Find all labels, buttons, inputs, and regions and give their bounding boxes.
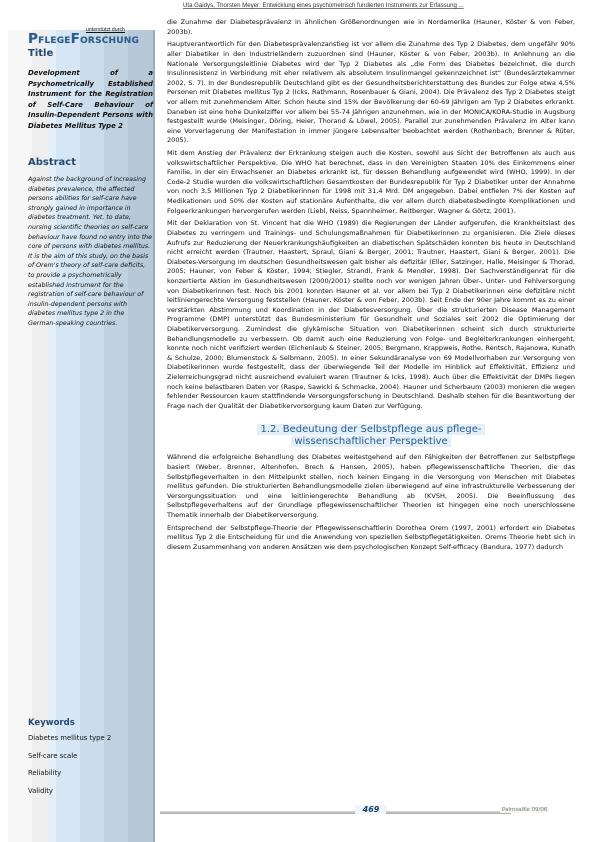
sidebar-background — [0, 30, 157, 842]
keywords-list: Diabetes mellitus type 2 Self-care scale… — [28, 734, 111, 804]
section-heading-line: 1.2. Bedeutung der Selbstpflege aus pfle… — [257, 424, 484, 435]
keyword: Diabetes mellitus type 2 — [28, 734, 111, 752]
footer-rule — [160, 811, 355, 814]
body-paragraph: Während die erfolgreiche Behandlung des … — [167, 453, 575, 520]
keyword: Self-care scale — [28, 752, 111, 770]
body-paragraph: Mit der Deklaration von St. Vincent hat … — [167, 219, 575, 411]
body-paragraph: Hauptverantwortlich für den Diabetespräv… — [167, 40, 575, 146]
brand-logo: PflegeForschung — [28, 31, 139, 47]
keyword: Reliability — [28, 769, 111, 787]
body-paragraph: die Zunahme der Diabetesprävalenz in ähn… — [167, 18, 575, 37]
abstract-heading: Abstract — [28, 157, 76, 168]
running-head: Uta Gaidys, Thorsten Meyer: Entwicklung … — [183, 2, 583, 9]
title-heading: Title — [28, 48, 53, 59]
body-paragraph: Entsprechend der Selbstpflege-Theorie de… — [167, 524, 575, 553]
abstract-paragraph: Against the background of increasing dia… — [28, 175, 153, 252]
journal-issue: PalmsalKe 09/06 — [500, 807, 549, 813]
keyword: Validity — [28, 787, 111, 805]
section-heading: 1.2. Bedeutung der Selbstpflege aus pfle… — [167, 424, 575, 447]
abstract-paragraph: It is the aim of this study, on the basi… — [28, 252, 153, 329]
body-paragraph: Mit dem Anstieg der Prävalenz der Erkran… — [167, 149, 575, 216]
english-title: Development of a Psychometrically Establ… — [28, 68, 153, 131]
keywords-heading: Keywords — [28, 718, 75, 728]
masthead: unterstützt durch PflegeForschung — [28, 27, 160, 49]
section-heading-line: wissenschaftlicher Perspektive — [291, 436, 450, 447]
page-number: 469 — [355, 805, 387, 814]
abstract: Against the background of increasing dia… — [28, 175, 153, 329]
footer-rule — [386, 811, 511, 814]
main-body: die Zunahme der Diabetesprävalenz in ähn… — [167, 18, 575, 556]
